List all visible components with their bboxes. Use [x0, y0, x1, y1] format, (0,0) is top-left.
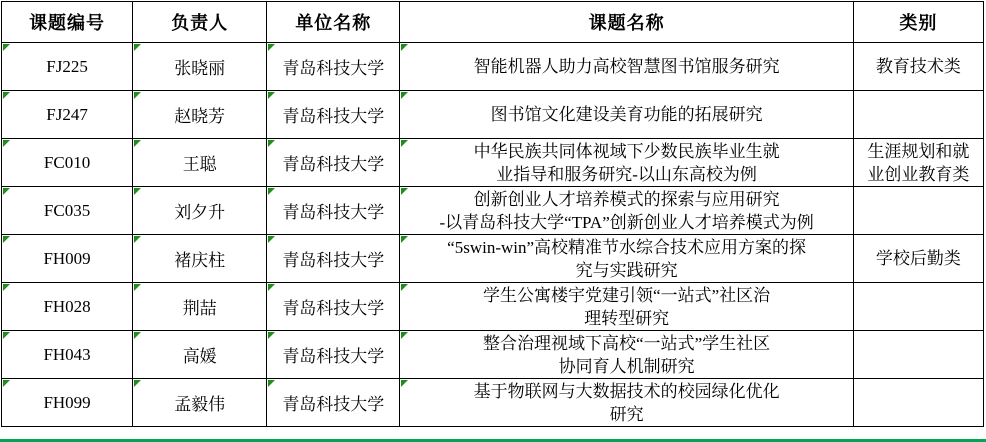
leader-text: 褚庆柱: [174, 246, 225, 271]
unit-text: 青岛科技大学: [282, 342, 384, 367]
cell-category[interactable]: 学校后勤类: [853, 235, 983, 283]
code-text: FH028: [43, 297, 90, 317]
cell-flag-icon: [134, 284, 141, 291]
code-text: FJ247: [46, 105, 88, 125]
table-row: FH099 孟毅伟 青岛科技大学 基于物联网与大数据技术的校园绿化优化研究: [2, 379, 984, 427]
cell-category[interactable]: [853, 91, 983, 139]
cell-unit[interactable]: 青岛科技大学: [267, 331, 400, 379]
cell-leader[interactable]: 张晓丽: [133, 43, 267, 91]
cell-flag-icon: [401, 284, 408, 291]
cell-flag-icon: [401, 332, 408, 339]
title-line: 中华民族共同体视域下少数民族毕业生就: [400, 140, 852, 163]
unit-text: 青岛科技大学: [282, 198, 384, 223]
category-line: 生涯规划和就: [854, 140, 983, 163]
cell-flag-icon: [3, 92, 10, 99]
cell-flag-icon: [268, 236, 275, 243]
leader-text: 高媛: [183, 342, 217, 367]
table-row: FH043 高媛 青岛科技大学 整合治理视域下高校“一站式”学生社区协同育人机制…: [2, 331, 984, 379]
title-line: 图书馆文化建设美育功能的拓展研究: [400, 103, 852, 126]
table-row: FJ225 张晓丽 青岛科技大学 智能机器人助力高校智慧图书馆服务研究 教育技术…: [2, 43, 984, 91]
cell-leader[interactable]: 孟毅伟: [133, 379, 267, 427]
table-row: FH028 荆喆 青岛科技大学 学生公寓楼宇党建引领“一站式”社区治理转型研究: [2, 283, 984, 331]
code-text: FH009: [43, 249, 90, 269]
cell-flag-icon: [401, 92, 408, 99]
cell-flag-icon: [3, 140, 10, 147]
leader-text: 刘夕升: [174, 198, 225, 223]
cell-leader[interactable]: 王聪: [133, 139, 267, 187]
cell-unit[interactable]: 青岛科技大学: [267, 139, 400, 187]
unit-text: 青岛科技大学: [282, 246, 384, 271]
cell-flag-icon: [134, 236, 141, 243]
cell-category[interactable]: [853, 187, 983, 235]
code-text: FH043: [43, 345, 90, 365]
cell-flag-icon: [268, 380, 275, 387]
cell-unit[interactable]: 青岛科技大学: [267, 187, 400, 235]
header-title: 课题名称: [400, 2, 853, 43]
cell-flag-icon: [401, 188, 408, 195]
cell-flag-icon: [3, 236, 10, 243]
unit-text: 青岛科技大学: [282, 390, 384, 415]
cell-flag-icon: [268, 140, 275, 147]
cell-code[interactable]: FJ247: [2, 91, 133, 139]
cell-code[interactable]: FH009: [2, 235, 133, 283]
code-text: FC010: [44, 153, 90, 173]
cell-flag-icon: [3, 332, 10, 339]
title-line: 理转型研究: [400, 307, 852, 330]
cell-leader[interactable]: 刘夕升: [133, 187, 267, 235]
unit-text: 青岛科技大学: [282, 150, 384, 175]
category-line: 业创业教育类: [854, 163, 983, 186]
cell-title[interactable]: 智能机器人助力高校智慧图书馆服务研究: [400, 43, 853, 91]
title-line: 智能机器人助力高校智慧图书馆服务研究: [400, 55, 852, 78]
cell-flag-icon: [134, 140, 141, 147]
cell-title[interactable]: 学生公寓楼宇党建引领“一站式”社区治理转型研究: [400, 283, 853, 331]
title-line: 创新创业人才培养模式的探索与应用研究: [400, 188, 852, 211]
title-line: 基于物联网与大数据技术的校园绿化优化: [400, 380, 852, 403]
cell-flag-icon: [401, 44, 408, 51]
cell-leader[interactable]: 荆喆: [133, 283, 267, 331]
cell-title[interactable]: 整合治理视域下高校“一站式”学生社区协同育人机制研究: [400, 331, 853, 379]
cell-flag-icon: [268, 284, 275, 291]
cell-title[interactable]: 图书馆文化建设美育功能的拓展研究: [400, 91, 853, 139]
cell-flag-icon: [268, 92, 275, 99]
header-category: 类别: [853, 2, 983, 43]
leader-text: 张晓丽: [174, 54, 225, 79]
leader-text: 荆喆: [183, 294, 217, 319]
cell-title[interactable]: 中华民族共同体视域下少数民族毕业生就业指导和服务研究-以山东高校为例: [400, 139, 853, 187]
title-line: “5swin-win”高校精准节水综合技术应用方案的探: [400, 236, 852, 259]
table-row: FC010 王聪 青岛科技大学 中华民族共同体视域下少数民族毕业生就业指导和服务…: [2, 139, 984, 187]
cell-category[interactable]: [853, 283, 983, 331]
cell-code[interactable]: FC010: [2, 139, 133, 187]
title-line: 整合治理视域下高校“一站式”学生社区: [400, 332, 852, 355]
cell-code[interactable]: FH028: [2, 283, 133, 331]
header-leader: 负责人: [133, 2, 267, 43]
cell-unit[interactable]: 青岛科技大学: [267, 43, 400, 91]
cell-flag-icon: [268, 44, 275, 51]
cell-flag-icon: [401, 140, 408, 147]
cell-category[interactable]: 教育技术类: [853, 43, 983, 91]
cell-flag-icon: [134, 44, 141, 51]
title-line: -以青岛科技大学“TPA”创新创业人才培养模式为例: [400, 211, 852, 234]
cell-flag-icon: [134, 92, 141, 99]
cell-leader[interactable]: 褚庆柱: [133, 235, 267, 283]
code-text: FC035: [44, 201, 90, 221]
cell-code[interactable]: FC035: [2, 187, 133, 235]
title-line: 学生公寓楼宇党建引领“一站式”社区治: [400, 284, 852, 307]
cell-flag-icon: [268, 332, 275, 339]
cell-flag-icon: [134, 332, 141, 339]
cell-flag-icon: [3, 380, 10, 387]
cell-code[interactable]: FH043: [2, 331, 133, 379]
category-line: 教育技术类: [854, 55, 983, 78]
cell-flag-icon: [401, 236, 408, 243]
cell-category[interactable]: 生涯规划和就业创业教育类: [853, 139, 983, 187]
cell-flag-icon: [134, 380, 141, 387]
code-text: FH099: [43, 393, 90, 413]
leader-text: 赵晓芳: [174, 102, 225, 127]
cell-flag-icon: [401, 380, 408, 387]
table-row: FH009 褚庆柱 青岛科技大学 “5swin-win”高校精准节水综合技术应用…: [2, 235, 984, 283]
unit-text: 青岛科技大学: [282, 54, 384, 79]
cell-flag-icon: [134, 188, 141, 195]
cell-flag-icon: [268, 188, 275, 195]
cell-category[interactable]: [853, 379, 983, 427]
projects-table: 课题编号 负责人 单位名称 课题名称 类别 FJ225 张晓丽 青岛科技大学 智…: [1, 1, 984, 427]
cell-flag-icon: [3, 284, 10, 291]
table-row: FC035 刘夕升 青岛科技大学 创新创业人才培养模式的探索与应用研究-以青岛科…: [2, 187, 984, 235]
cell-leader[interactable]: 高媛: [133, 331, 267, 379]
cell-flag-icon: [3, 188, 10, 195]
cell-title[interactable]: 基于物联网与大数据技术的校园绿化优化研究: [400, 379, 853, 427]
cell-code[interactable]: FJ225: [2, 43, 133, 91]
header-code: 课题编号: [2, 2, 133, 43]
cell-leader[interactable]: 赵晓芳: [133, 91, 267, 139]
cell-code[interactable]: FH099: [2, 379, 133, 427]
code-text: FJ225: [46, 57, 88, 77]
title-line: 协同育人机制研究: [400, 355, 852, 378]
header-row: 课题编号 负责人 单位名称 课题名称 类别: [2, 2, 984, 43]
title-line: 研究: [400, 403, 852, 426]
cell-flag-icon: [3, 44, 10, 51]
cell-unit[interactable]: 青岛科技大学: [267, 91, 400, 139]
unit-text: 青岛科技大学: [282, 294, 384, 319]
cell-title[interactable]: 创新创业人才培养模式的探索与应用研究-以青岛科技大学“TPA”创新创业人才培养模…: [400, 187, 853, 235]
cell-unit[interactable]: 青岛科技大学: [267, 283, 400, 331]
category-line: 学校后勤类: [854, 247, 983, 270]
title-line: 业指导和服务研究-以山东高校为例: [400, 163, 852, 186]
cell-unit[interactable]: 青岛科技大学: [267, 235, 400, 283]
cell-unit[interactable]: 青岛科技大学: [267, 379, 400, 427]
cell-category[interactable]: [853, 331, 983, 379]
title-line: 究与实践研究: [400, 259, 852, 282]
spreadsheet-table-view: 课题编号 负责人 单位名称 课题名称 类别 FJ225 张晓丽 青岛科技大学 智…: [0, 0, 986, 442]
leader-text: 王聪: [183, 150, 217, 175]
table-row: FJ247 赵晓芳 青岛科技大学 图书馆文化建设美育功能的拓展研究: [2, 91, 984, 139]
leader-text: 孟毅伟: [174, 390, 225, 415]
header-unit: 单位名称: [267, 2, 400, 43]
cell-title[interactable]: “5swin-win”高校精准节水综合技术应用方案的探究与实践研究: [400, 235, 853, 283]
unit-text: 青岛科技大学: [282, 102, 384, 127]
